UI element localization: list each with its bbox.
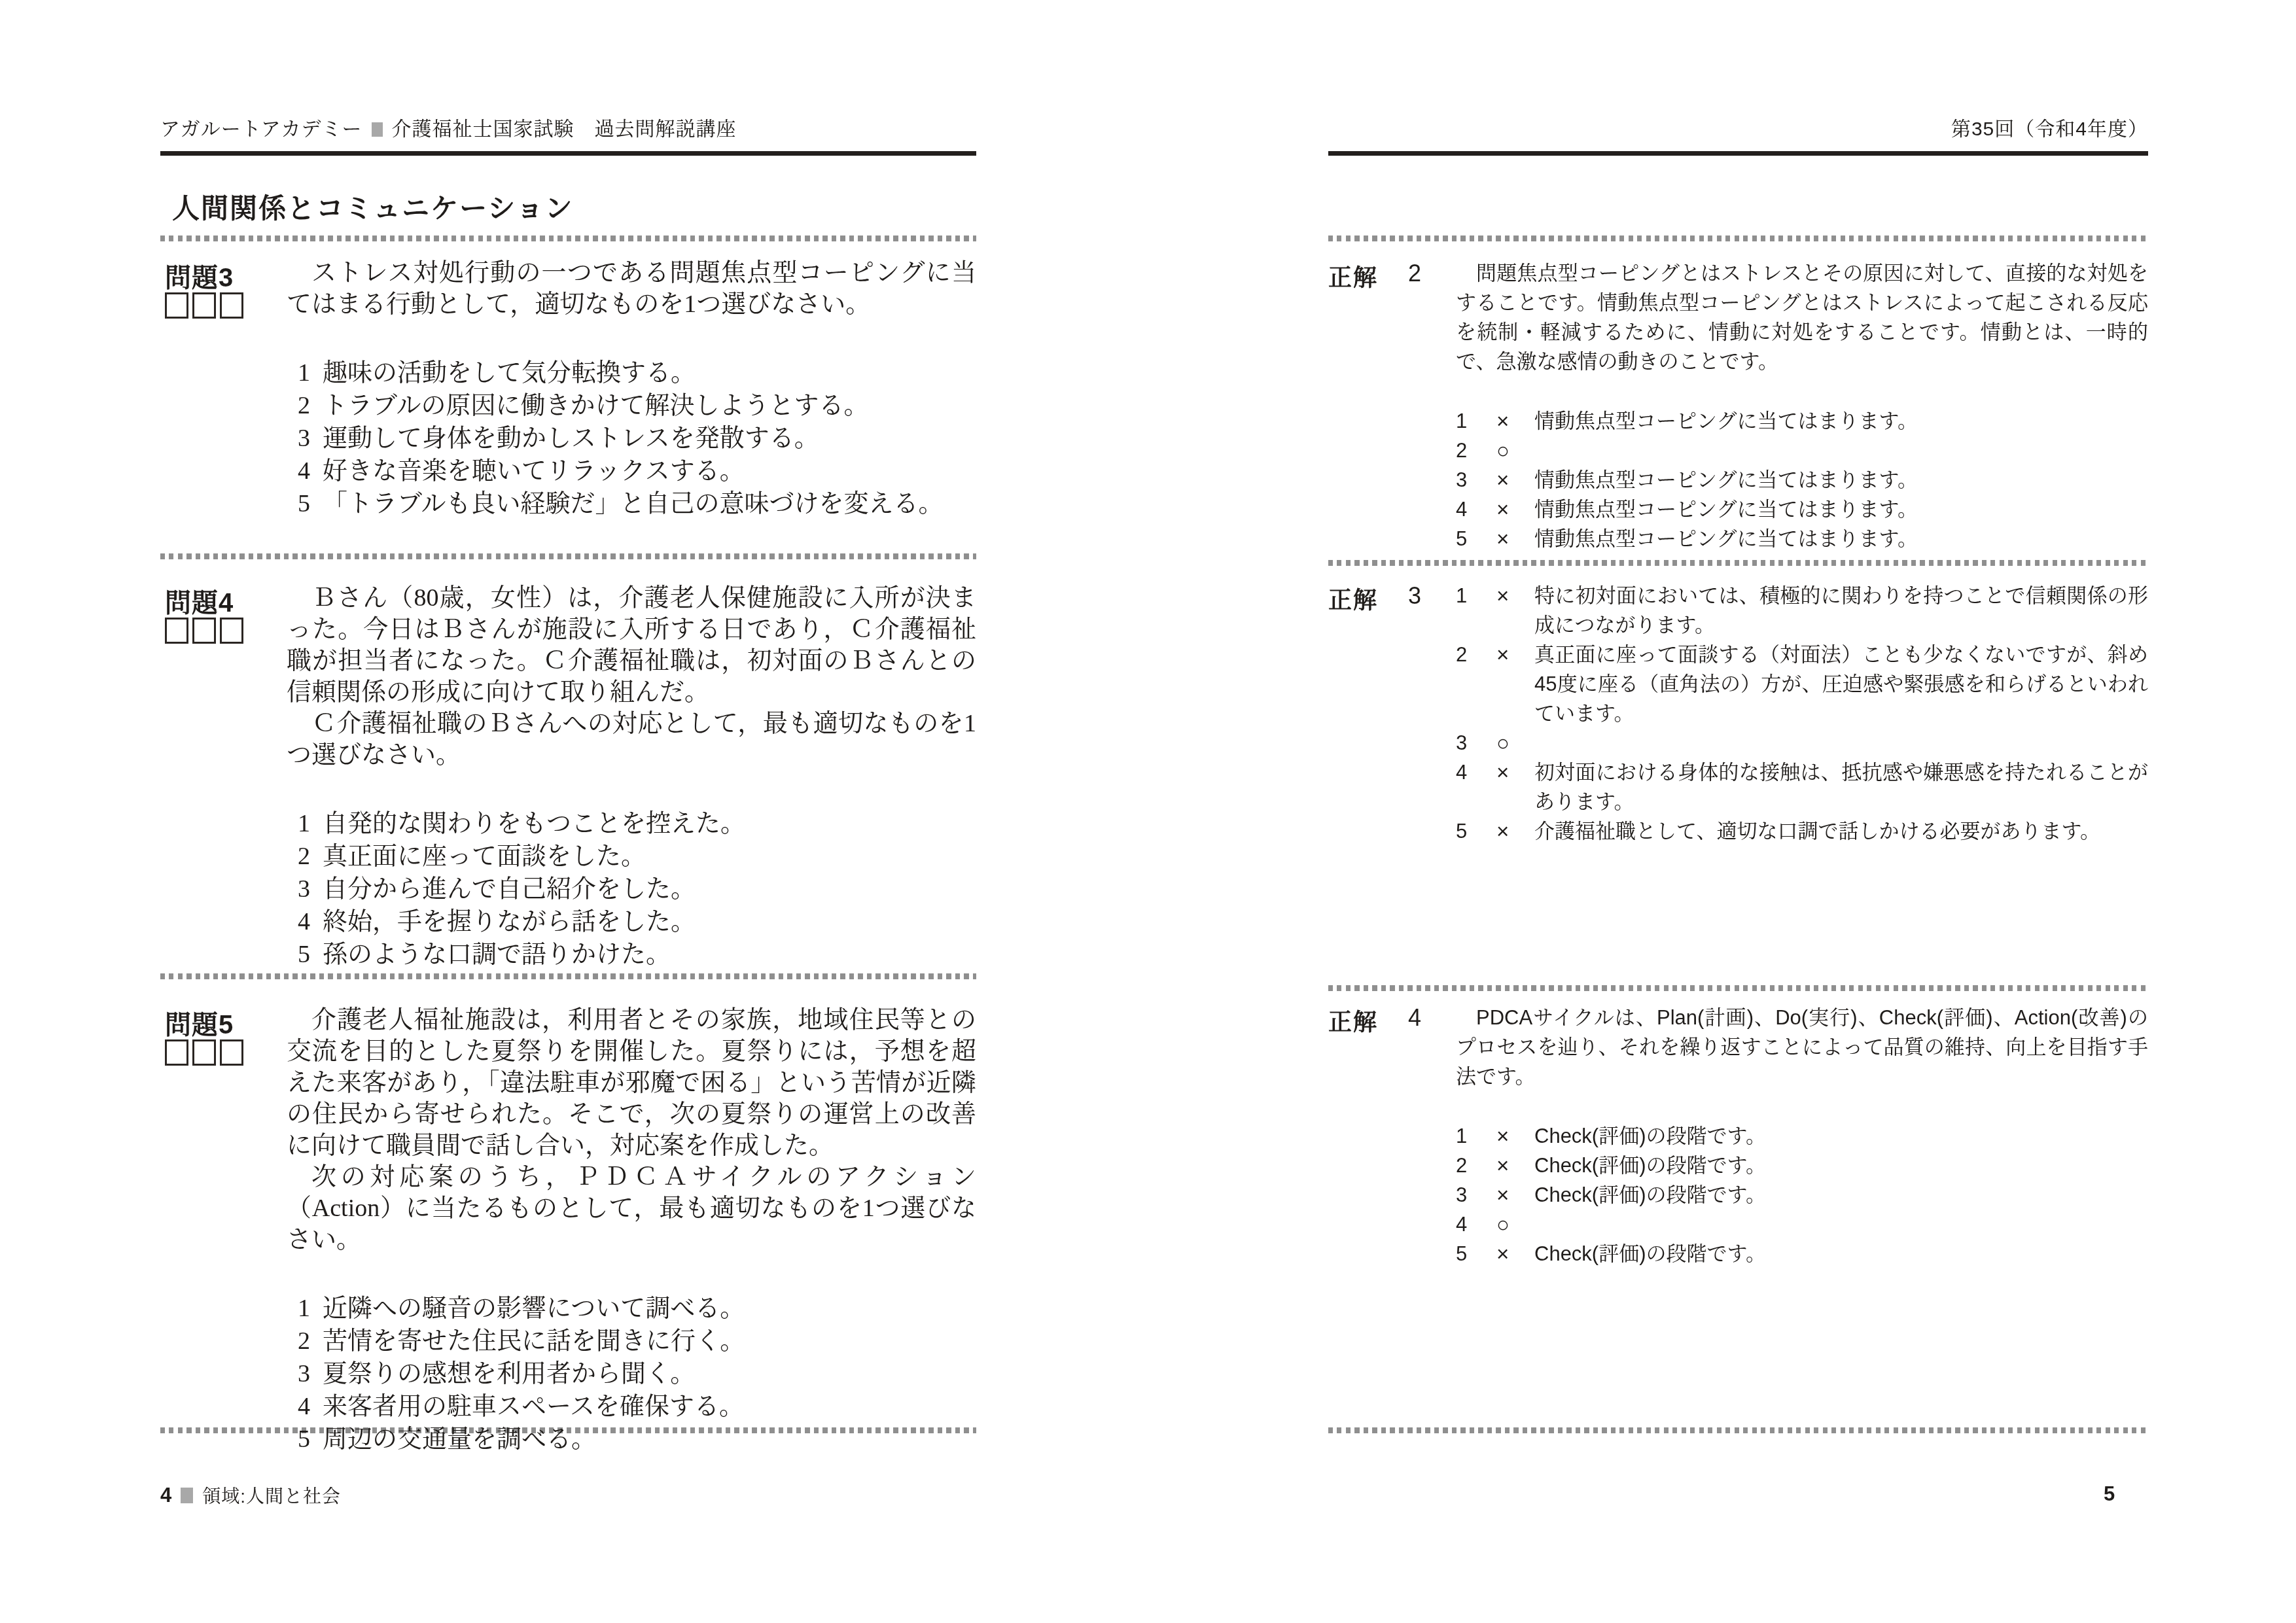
choice-list: 1 趣味の活動をして気分転換する。 2 トラブルの原因に働きかけて解決しようとす… — [298, 359, 976, 517]
choice-row: 4 来客者用の駐車スペースを確保する。 — [298, 1393, 976, 1420]
answer-content: 1 × 特に初対面においては、積極的に関わりを持つことで信頼関係の形成につながり… — [1456, 581, 2148, 846]
item-text — [1534, 1210, 2148, 1239]
choice-number: 1 — [298, 810, 323, 837]
question-label: 問題3 — [165, 257, 234, 294]
domain-label: 領域:人間と社会 — [202, 1482, 341, 1509]
question-paragraph: Ｂさん（80歳，女性）は，介護老人保健施設に入所が決まった。今日はＢさんが施設に… — [287, 582, 976, 708]
choice-text: 自発的な関わりをもつことを控えた。 — [323, 810, 976, 837]
answer-explanation: 問題焦点型コーピングとはストレスとその原因に対して、直接的な対処をすることです。… — [1456, 258, 2148, 376]
cross-mark-icon: × — [1496, 406, 1534, 436]
right-header-rule — [1328, 151, 2148, 156]
separator — [160, 236, 976, 241]
choice-number: 4 — [298, 1393, 323, 1420]
separator — [1328, 560, 2148, 566]
cross-mark-icon: × — [1496, 524, 1534, 553]
cross-mark-icon: × — [1496, 816, 1534, 846]
question-paragraph: 介護老人福祉施設は，利用者とその家族，地域住民等との交流を目的とした夏祭りを開催… — [287, 1004, 976, 1161]
answer-label: 正解 — [1328, 1004, 1378, 1038]
item-text: 特に初対面においては、積極的に関わりを持つことで信頼関係の形成につながります。 — [1534, 581, 2148, 640]
choice-number: 2 — [298, 1327, 323, 1355]
left-running-head: アガルートアカデミー介護福祉士国家試験 過去問解説講座 — [160, 113, 976, 141]
choice-text: 趣味の活動をして気分転換する。 — [323, 359, 976, 387]
question-text: 介護老人福祉施設は，利用者とその家族，地域住民等との交流を目的とした夏祭りを開催… — [287, 1004, 976, 1255]
choice-number: 4 — [298, 457, 323, 485]
attempt-checkboxes — [165, 1039, 243, 1066]
right-page-footer: 5 — [2104, 1482, 2133, 1506]
question-block: 問題3 ストレス対処行動の一つである問題焦点型コーピングに当てはまる行動として，… — [160, 257, 976, 523]
question-paragraph: 次の対応案のうち，ＰＤＣＡサイクルのアクション（Action）に当たるものとして… — [287, 1161, 976, 1255]
cross-mark-icon: × — [1496, 1180, 1534, 1210]
item-text: Check(評価)の段階です。 — [1534, 1151, 2148, 1180]
answer-item: 3 × 情動焦点型コーピングに当てはまります。 — [1456, 465, 2148, 495]
answer-item: 3 ○ — [1456, 728, 2148, 758]
checkbox-icon — [192, 292, 216, 319]
question-label: 問題4 — [165, 582, 234, 620]
cross-mark-icon: × — [1496, 1121, 1534, 1151]
item-number: 4 — [1456, 1210, 1496, 1239]
item-number: 2 — [1456, 436, 1496, 465]
choice-text: 好きな音楽を聴いてリラックスする。 — [323, 457, 976, 485]
answer-number: 2 — [1408, 260, 1421, 287]
footer-square-icon — [181, 1488, 193, 1503]
answer-item: 1 × Check(評価)の段階です。 — [1456, 1121, 2148, 1151]
choice-text: 自分から進んで自己紹介をした。 — [323, 875, 976, 903]
choice-text: 「トラブルも良い経験だ」と自己の意味づけを変える。 — [323, 490, 976, 517]
item-number: 2 — [1456, 1151, 1496, 1180]
separator — [1328, 985, 2148, 991]
item-text: 情動焦点型コーピングに当てはまります。 — [1534, 495, 2148, 524]
right-running-head: 第35回（令和4年度） — [1328, 113, 2148, 141]
answer-block: 正解 2 問題焦点型コーピングとはストレスとその原因に対して、直接的な対処をする… — [1328, 258, 2148, 553]
item-number: 3 — [1456, 728, 1496, 758]
answer-item: 2 × 真正面に座って面談する（対面法）ことも少なくないですが、斜め45度に座る… — [1456, 640, 2148, 728]
question-paragraph: ストレス対処行動の一つである問題焦点型コーピングに当てはまる行動として，適切なも… — [287, 257, 976, 320]
checkbox-icon — [220, 618, 243, 644]
answer-item: 1 × 情動焦点型コーピングに当てはまります。 — [1456, 406, 2148, 436]
choice-number: 5 — [298, 941, 323, 968]
checkbox-icon — [165, 292, 188, 319]
checkbox-icon — [165, 1039, 188, 1066]
circle-mark-icon: ○ — [1496, 436, 1534, 465]
answer-item: 4 × 情動焦点型コーピングに当てはまります。 — [1456, 495, 2148, 524]
answer-item: 4 × 初対面における身体的な接触は、抵抗感や嫌悪感を持たれることがあります。 — [1456, 758, 2148, 816]
answer-item-list: 1 × Check(評価)の段階です。 2 × Check(評価)の段階です。 … — [1456, 1121, 2148, 1268]
item-text: 情動焦点型コーピングに当てはまります。 — [1534, 465, 2148, 495]
answer-number: 3 — [1408, 582, 1421, 610]
question-block: 問題5 介護老人福祉施設は，利用者とその家族，地域住民等との交流を目的とした夏祭… — [160, 1004, 976, 1458]
cross-mark-icon: × — [1496, 758, 1534, 816]
item-text: 情動焦点型コーピングに当てはまります。 — [1534, 524, 2148, 553]
circle-mark-icon: ○ — [1496, 1210, 1534, 1239]
checkbox-icon — [165, 618, 188, 644]
separator — [1328, 236, 2148, 241]
choice-row: 2 トラブルの原因に働きかけて解決しようとする。 — [298, 392, 976, 419]
choice-number: 3 — [298, 875, 323, 903]
item-number: 4 — [1456, 495, 1496, 524]
answer-item-list: 1 × 情動焦点型コーピングに当てはまります。 2 ○ 3 × 情動焦点型コーピ… — [1456, 406, 2148, 553]
cross-mark-icon: × — [1496, 640, 1534, 728]
choice-number: 3 — [298, 1360, 323, 1387]
item-text — [1534, 728, 2148, 758]
answer-explanation: PDCAサイクルは、Plan(計画)、Do(実行)、Check(評価)、Acti… — [1456, 1003, 2148, 1091]
choice-row: 4 好きな音楽を聴いてリラックスする。 — [298, 457, 976, 485]
choice-number: 3 — [298, 425, 323, 452]
answer-content: 問題焦点型コーピングとはストレスとその原因に対して、直接的な対処をすることです。… — [1456, 258, 2148, 553]
question-paragraph: Ｃ介護福祉職のＢさんへの対応として，最も適切なものを1つ選びなさい。 — [287, 708, 976, 771]
choice-text: 来客者用の駐車スペースを確保する。 — [323, 1393, 976, 1420]
item-number: 5 — [1456, 524, 1496, 553]
separator — [160, 553, 976, 559]
item-number: 1 — [1456, 406, 1496, 436]
answer-label: 正解 — [1328, 582, 1378, 616]
cross-mark-icon: × — [1496, 495, 1534, 524]
choice-row: 1 趣味の活動をして気分転換する。 — [298, 359, 976, 387]
circle-mark-icon: ○ — [1496, 728, 1534, 758]
item-number: 1 — [1456, 1121, 1496, 1151]
answer-item: 5 × Check(評価)の段階です。 — [1456, 1239, 2148, 1268]
page-number: 5 — [2104, 1482, 2115, 1505]
answer-block: 正解 3 1 × 特に初対面においては、積極的に関わりを持つことで信頼関係の形成… — [1328, 581, 2148, 846]
answer-content: PDCAサイクルは、Plan(計画)、Do(実行)、Check(評価)、Acti… — [1456, 1003, 2148, 1268]
choice-row: 3 自分から進んで自己紹介をした。 — [298, 875, 976, 903]
item-number: 4 — [1456, 758, 1496, 816]
item-number: 2 — [1456, 640, 1496, 728]
choice-row: 1 自発的な関わりをもつことを控えた。 — [298, 810, 976, 837]
question-block: 問題4 Ｂさん（80歳，女性）は，介護老人保健施設に入所が決まった。今日はＢさん… — [160, 582, 976, 973]
item-number: 5 — [1456, 1239, 1496, 1268]
choice-number: 5 — [298, 1425, 323, 1453]
cross-mark-icon: × — [1496, 465, 1534, 495]
choice-number: 1 — [298, 359, 323, 387]
choice-text: 真正面に座って面談をした。 — [323, 843, 976, 870]
item-text: 介護福祉職として、適切な口調で話しかける必要があります。 — [1534, 816, 2148, 846]
choice-row: 5 周辺の交通量を調べる。 — [298, 1425, 976, 1453]
item-number: 5 — [1456, 816, 1496, 846]
item-number: 3 — [1456, 1180, 1496, 1210]
choice-row: 4 終始，手を握りながら話をした。 — [298, 908, 976, 935]
choice-row: 1 近隣への騒音の影響について調べる。 — [298, 1295, 976, 1322]
cross-mark-icon: × — [1496, 1151, 1534, 1180]
choice-text: 夏祭りの感想を利用者から聞く。 — [323, 1360, 976, 1387]
choice-text: 運動して身体を動かしストレスを発散する。 — [323, 425, 976, 452]
choice-number: 1 — [298, 1295, 323, 1322]
choice-text: 苦情を寄せた住民に話を聞きに行く。 — [323, 1327, 976, 1355]
separator — [160, 973, 976, 979]
left-header-rule — [160, 151, 976, 156]
choice-row: 5 孫のような口調で語りかけた。 — [298, 941, 976, 968]
item-text — [1534, 436, 2148, 465]
item-text: Check(評価)の段階です。 — [1534, 1239, 2148, 1268]
item-number: 3 — [1456, 465, 1496, 495]
attempt-checkboxes — [165, 618, 243, 644]
answer-item: 4 ○ — [1456, 1210, 2148, 1239]
choice-row: 2 苦情を寄せた住民に話を聞きに行く。 — [298, 1327, 976, 1355]
answer-item: 1 × 特に初対面においては、積極的に関わりを持つことで信頼関係の形成につながり… — [1456, 581, 2148, 640]
choice-row: 5 「トラブルも良い経験だ」と自己の意味づけを変える。 — [298, 490, 976, 517]
choice-number: 5 — [298, 490, 323, 517]
choice-text: 孫のような口調で語りかけた。 — [323, 941, 976, 968]
answer-block: 正解 4 PDCAサイクルは、Plan(計画)、Do(実行)、Check(評価)… — [1328, 1003, 2148, 1268]
checkbox-icon — [220, 292, 243, 319]
item-text: Check(評価)の段階です。 — [1534, 1121, 2148, 1151]
answer-number: 4 — [1408, 1004, 1421, 1032]
checkbox-icon — [192, 1039, 216, 1066]
page-number: 4 — [160, 1484, 171, 1507]
choice-number: 2 — [298, 392, 323, 419]
choice-text: トラブルの原因に働きかけて解決しようとする。 — [323, 392, 976, 419]
edition-label: 第35回（令和4年度） — [1951, 118, 2148, 140]
question-text: Ｂさん（80歳，女性）は，介護老人保健施設に入所が決まった。今日はＢさんが施設に… — [287, 582, 976, 771]
item-text: 真正面に座って面談する（対面法）ことも少なくないですが、斜め45度に座る（直角法… — [1534, 640, 2148, 728]
choice-list: 1 近隣への騒音の影響について調べる。 2 苦情を寄せた住民に話を聞きに行く。 … — [298, 1295, 976, 1453]
choice-number: 4 — [298, 908, 323, 935]
section-title: 人間関係とコミュニケーション — [172, 187, 573, 226]
header-square-icon — [372, 122, 383, 137]
answer-item: 2 ○ — [1456, 436, 2148, 465]
choice-list: 1 自発的な関わりをもつことを控えた。 2 真正面に座って面談をした。 3 自分… — [298, 810, 976, 968]
answer-item: 5 × 情動焦点型コーピングに当てはまります。 — [1456, 524, 2148, 553]
question-label: 問題5 — [165, 1004, 234, 1041]
separator — [1328, 1427, 2148, 1433]
answer-item: 2 × Check(評価)の段階です。 — [1456, 1151, 2148, 1180]
answer-item: 5 × 介護福祉職として、適切な口調で話しかける必要があります。 — [1456, 816, 2148, 846]
item-number: 1 — [1456, 581, 1496, 640]
cross-mark-icon: × — [1496, 1239, 1534, 1268]
answer-label: 正解 — [1328, 260, 1378, 293]
choice-row: 3 夏祭りの感想を利用者から聞く。 — [298, 1360, 976, 1387]
choice-text: 周辺の交通量を調べる。 — [323, 1425, 976, 1453]
choice-number: 2 — [298, 843, 323, 870]
brand-text: アガルートアカデミー — [160, 118, 362, 140]
choice-row: 3 運動して身体を動かしストレスを発散する。 — [298, 425, 976, 452]
answer-item: 3 × Check(評価)の段階です。 — [1456, 1180, 2148, 1210]
choice-row: 2 真正面に座って面談をした。 — [298, 843, 976, 870]
left-page-footer: 4 領域:人間と社会 — [160, 1482, 341, 1509]
item-text: 情動焦点型コーピングに当てはまります。 — [1534, 406, 2148, 436]
choice-text: 近隣への騒音の影響について調べる。 — [323, 1295, 976, 1322]
cross-mark-icon: × — [1496, 581, 1534, 640]
choice-text: 終始，手を握りながら話をした。 — [323, 908, 976, 935]
checkbox-icon — [220, 1039, 243, 1066]
item-text: Check(評価)の段階です。 — [1534, 1180, 2148, 1210]
course-title: 介護福祉士国家試験 過去問解説講座 — [392, 118, 737, 140]
checkbox-icon — [192, 618, 216, 644]
attempt-checkboxes — [165, 292, 243, 319]
answer-item-list: 1 × 特に初対面においては、積極的に関わりを持つことで信頼関係の形成につながり… — [1456, 581, 2148, 846]
item-text: 初対面における身体的な接触は、抵抗感や嫌悪感を持たれることがあります。 — [1534, 758, 2148, 816]
question-text: ストレス対処行動の一つである問題焦点型コーピングに当てはまる行動として，適切なも… — [287, 257, 976, 320]
book-spread: アガルートアカデミー介護福祉士国家試験 過去問解説講座 第35回（令和4年度） … — [0, 0, 2296, 1623]
